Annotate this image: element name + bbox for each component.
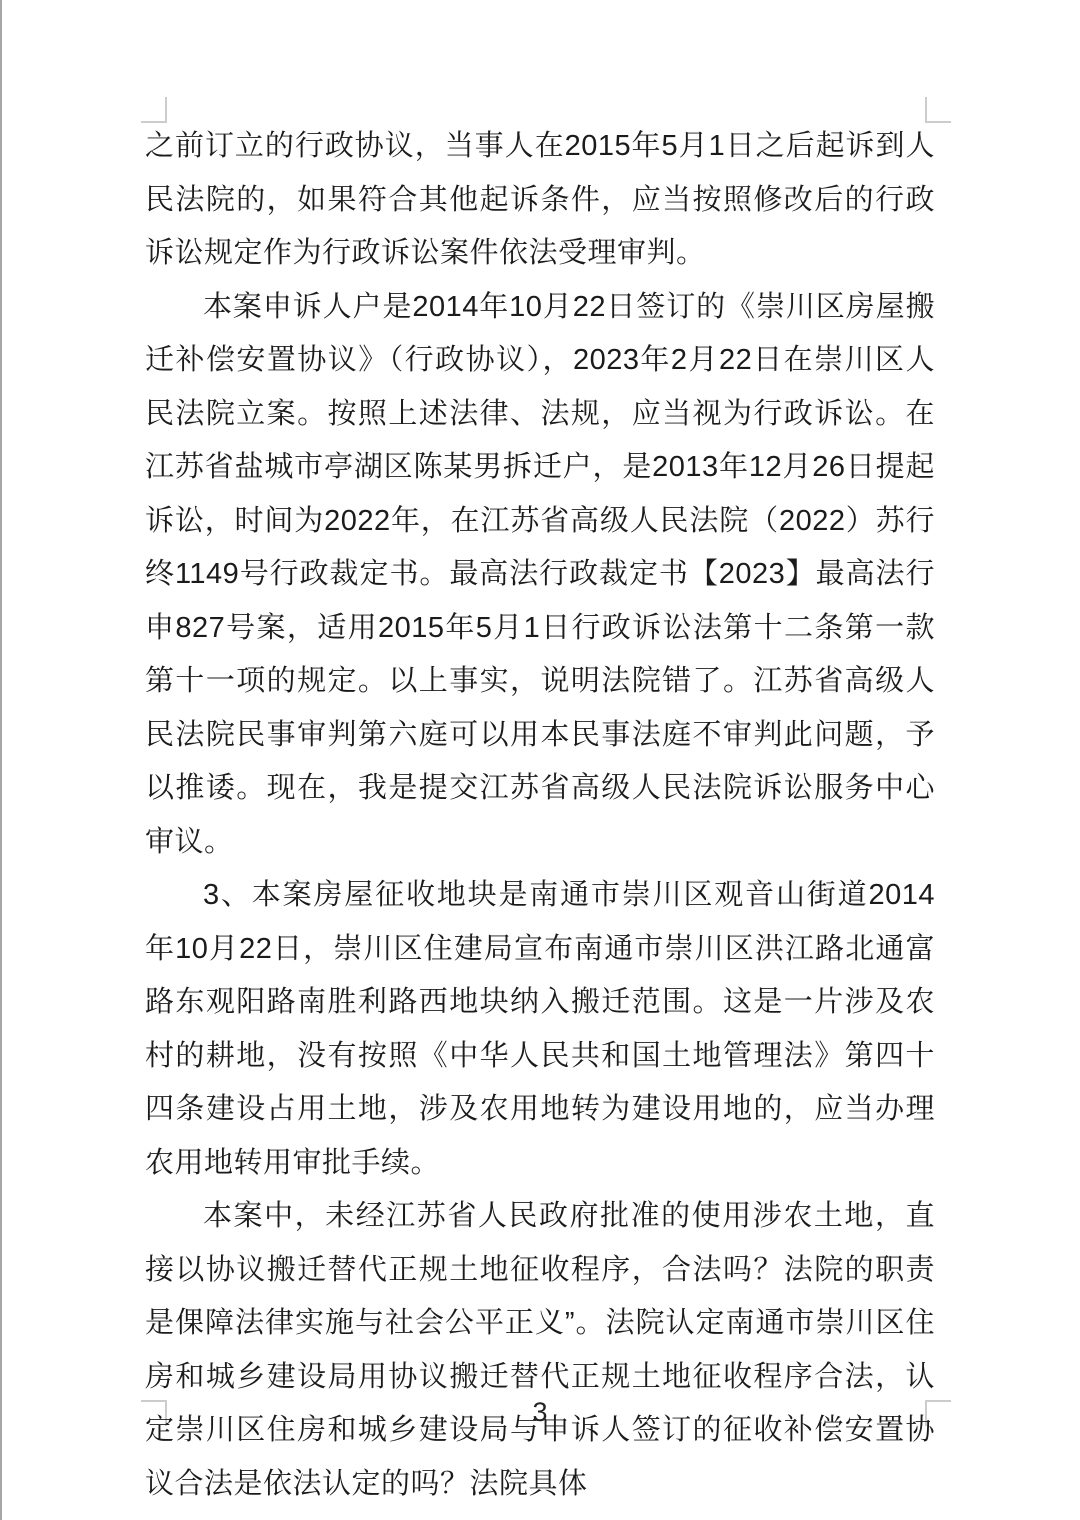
scan-edge-line [0, 0, 2, 1520]
paragraph-item-3-land-parcel: 3、本案房屋征收地块是南通市崇川区观音山街道2014年10月22日，崇川区住建局… [145, 869, 935, 1190]
page-number: 3 [145, 1395, 935, 1429]
paragraph-case-filing: 本案申诉人户是2014年10月22日签订的《崇川区房屋搬迁补偿安置协议》（行政协… [145, 281, 935, 870]
paragraph-continuation: 之前订立的行政协议，当事人在2015年5月1日之后起诉到人民法院的，如果符合其他… [145, 120, 935, 281]
document-body-text: 之前订立的行政协议，当事人在2015年5月1日之后起诉到人民法院的，如果符合其他… [145, 120, 935, 1511]
paragraph-legality-question: 本案中，未经江苏省人民政府批准的使用涉农土地，直接以协议搬迁替代正规土地征收程序… [145, 1190, 935, 1511]
document-page: 之前订立的行政协议，当事人在2015年5月1日之后起诉到人民法院的，如果符合其他… [0, 0, 1080, 1520]
